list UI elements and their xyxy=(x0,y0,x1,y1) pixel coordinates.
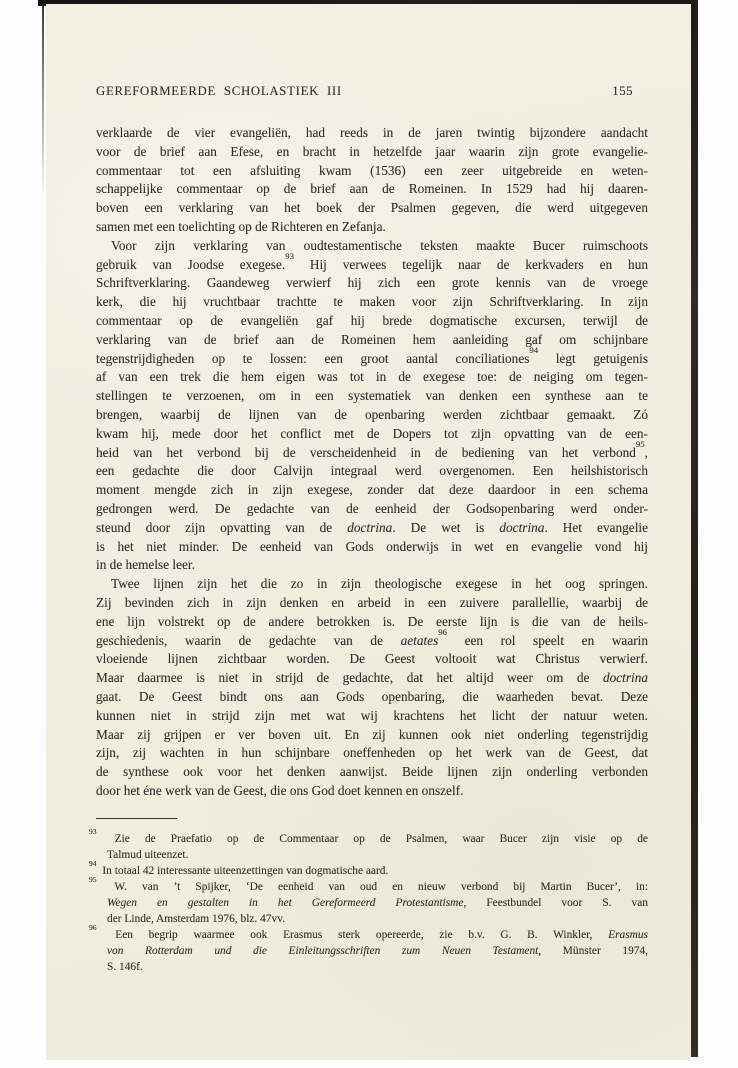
text-line: geschiedenis, waarin de gedachte van de … xyxy=(96,632,648,651)
scan-left-edge-line xyxy=(42,3,44,198)
footnote-line: 95 W. van ’t Spijker, ‘De eenheid van ou… xyxy=(107,879,648,895)
text-line: steund door zijn opvatting van de doctri… xyxy=(96,519,648,538)
text-line: gebruik van Joodse exegese.93 Hij verwee… xyxy=(96,256,648,275)
footnote-line: 94 In totaal 42 interessante uiteenzetti… xyxy=(107,863,648,879)
footnote-separator-rule xyxy=(96,818,177,819)
paragraph: Twee lijnen zijn het die zo in zijn theo… xyxy=(96,575,648,801)
text-line: ene lijn volstrekt op de andere betrokke… xyxy=(96,613,648,632)
footnote-marker: 93 xyxy=(89,827,100,836)
scan-right-edge-shadow xyxy=(691,0,698,1057)
text-line: stellingen te verzoenen, om in een syste… xyxy=(96,387,648,406)
text-line: een gedachte die door Calvijn integraal … xyxy=(96,462,648,481)
footnotes: 93 Zie de Praefatio op de Commentaar op … xyxy=(89,831,648,975)
text-line: schappelijke commentaar op de brief aan … xyxy=(96,180,648,199)
scanned-book-page-photo: GEREFORMEERDE SCHOLASTIEK III 155 verkla… xyxy=(0,0,738,1068)
footnote-line: der Linde, Amsterdam 1976, blz. 47vv. xyxy=(107,911,648,927)
text-line: kwam hij, mede door het conflict met de … xyxy=(96,425,648,444)
footnote-line: Talmud uiteenzet. xyxy=(107,847,648,863)
footnote: 96 Een begrip waarmee ook Erasmus sterk … xyxy=(89,927,648,975)
text-line: commentaar op de evangeliën gaf hij bred… xyxy=(96,312,648,331)
text-line: gaat. De Geest bindt ons aan Gods openba… xyxy=(96,688,648,707)
footnote: 93 Zie de Praefatio op de Commentaar op … xyxy=(89,831,648,863)
text-line: Maar zij grijpen er ver boven uit. En zi… xyxy=(96,726,648,745)
footnote-marker: 96 xyxy=(89,923,100,932)
text-line: boven een verklaring van het boek der Ps… xyxy=(96,199,648,218)
footnote-line: 93 Zie de Praefatio op de Commentaar op … xyxy=(107,831,648,847)
text-line: vloeiende lijnen zichtbaar worden. De Ge… xyxy=(96,650,648,669)
page-number: 155 xyxy=(612,84,648,98)
footnote: 94 In totaal 42 interessante uiteenzetti… xyxy=(89,863,648,879)
paragraph: verklaarde de vier evangeliën, had reeds… xyxy=(96,124,648,237)
running-header-title: GEREFORMEERDE SCHOLASTIEK III xyxy=(96,84,342,98)
text-line: af van een trek die hem eigen was tot in… xyxy=(96,368,648,387)
text-line: is het niet minder. De eenheid van Gods … xyxy=(96,538,648,557)
text-line: zijn, zij wachten in hun schijnbare onef… xyxy=(96,744,648,763)
text-line: Zij bevinden zich in zijn denken en arbe… xyxy=(96,594,648,613)
text-line: verklaring van de brief aan de Romeinen … xyxy=(96,331,648,350)
text-line: samen met een toelichting op de Richtere… xyxy=(96,218,648,237)
text-line: de synthese ook voor het denken aanwijst… xyxy=(96,763,648,782)
text-line: Maar daarmee is niet in strijd de gedach… xyxy=(96,669,648,688)
body-text: verklaarde de vier evangeliën, had reeds… xyxy=(96,124,648,801)
text-line: commentaar tot een afsluiting kwam (1536… xyxy=(96,162,648,181)
paragraph: Voor zijn verklaring van oudtestamentisc… xyxy=(96,237,648,575)
running-header: GEREFORMEERDE SCHOLASTIEK III 155 xyxy=(96,84,648,98)
text-line: tegenstrijdigheden op te lossen: een gro… xyxy=(96,350,648,369)
text-line: verklaarde de vier evangeliën, had reeds… xyxy=(96,124,648,143)
text-line: voor de brief aan Efese, en bracht in he… xyxy=(96,143,648,162)
text-line: Schriftverklaring. Gaandeweg verwierf hi… xyxy=(96,274,648,293)
text-line: kunnen niet in strijd zijn met wat wij k… xyxy=(96,707,648,726)
text-line: kerk, die hij vruchtbaar trachtte te mak… xyxy=(96,293,648,312)
text-line: heid van het verbond bij de verscheidenh… xyxy=(96,444,648,463)
text-line: moment mengde zich in zijn exegese, zond… xyxy=(96,481,648,500)
footnote-marker: 95 xyxy=(89,875,100,884)
footnote-line: von Rotterdam und die Einleitungsschrift… xyxy=(107,943,648,959)
footnote: 95 W. van ’t Spijker, ‘De eenheid van ou… xyxy=(89,879,648,927)
book-page: GEREFORMEERDE SCHOLASTIEK III 155 verkla… xyxy=(46,4,691,1060)
text-line: in de hemelse leer. xyxy=(96,556,648,575)
text-line: gedrongen werd. De gedachte van de eenhe… xyxy=(96,500,648,519)
footnote-marker: 94 xyxy=(89,859,100,868)
text-line: Voor zijn verklaring van oudtestamentisc… xyxy=(96,237,648,256)
text-line: door het éne werk van de Geest, die ons … xyxy=(96,782,648,801)
page-content: GEREFORMEERDE SCHOLASTIEK III 155 verkla… xyxy=(96,84,648,975)
footnote-line: S. 146f. xyxy=(107,959,648,975)
text-line: brengen, waarbij de lijnen van de openba… xyxy=(96,406,648,425)
footnote-line: 96 Een begrip waarmee ook Erasmus sterk … xyxy=(107,927,648,943)
text-line: Twee lijnen zijn het die zo in zijn theo… xyxy=(96,575,648,594)
footnote-line: Wegen en gestalten in het Gereformeerd P… xyxy=(107,895,648,911)
